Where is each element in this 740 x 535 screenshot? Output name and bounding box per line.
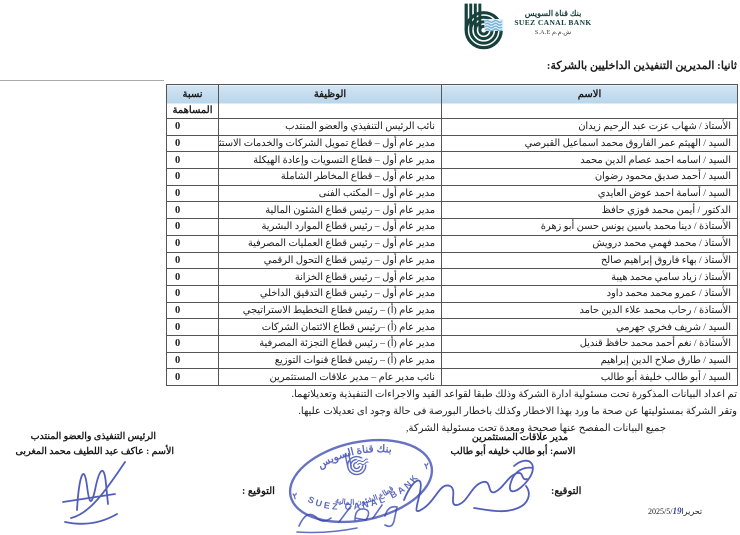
director-name: الأستاذ / شهاب عزت عبد الرحيم زيدان [442, 119, 738, 136]
bank-legal-form: S.A.E ش.م.م [510, 29, 596, 36]
director-role: مدير عام أول – رئيس قطاع الخزانة [219, 269, 442, 286]
director-role: مدير عام (أ) – رئيس قطاع التخطيط الاسترا… [219, 302, 442, 319]
left-signature-ink [55, 448, 155, 530]
table-row: الأستاذة / دينا محمد ياسين يونس حسن أبو … [167, 219, 738, 236]
table-row: الأستاذ / محمد فهمي محمد درويشمدير عام أ… [167, 235, 738, 252]
director-share: 0 [167, 252, 219, 269]
table-row: الأستاذة / نغم أحمد محمد حافظ قنديلمدير … [167, 335, 738, 352]
bank-name-english: SUEZ CANAL BANK [510, 19, 596, 27]
left-signer-title: الرئيس التنفيذى والعضو المنتدب [48, 431, 156, 442]
director-role: مدير عام أول – قطاع المخاطر الشاملة [219, 169, 442, 186]
director-role: مدير عام أول – المكتب الفنى [219, 185, 442, 202]
table-row: السيد / أسامة احمد عوض العايديمدير عام أ… [167, 185, 738, 202]
scan-artifact-line [0, 80, 164, 81]
director-share: 0 [167, 185, 219, 202]
note-line-1: تم اعداد البيانات المذكورة تحت مسئولية ا… [292, 389, 738, 400]
note-line-2: وتقر الشركة بمسئوليتها عن صحة ما ورد بهذ… [298, 406, 737, 417]
table-row: الأستاذ / زياد سامي محمد هيبةمدير عام أو… [167, 269, 738, 286]
director-share: 0 [167, 235, 219, 252]
table-row: السيد / طارق صلاح الدين إبراهيممدير عام … [167, 352, 738, 369]
director-share: 0 [167, 219, 219, 236]
column-header-name: الاسم [442, 85, 738, 119]
left-signature-label: التوقيع : [242, 486, 275, 497]
table-row: السيد / الهيثم عمر الفاروق محمد اسماعيل … [167, 135, 738, 152]
stamp-handwriting-ink [293, 494, 433, 535]
director-name: الأستاذ / بهاء فاروق إبراهيم صالح [442, 252, 738, 269]
table-header-row: الاسم الوظيفة نسبة المساهمة [167, 85, 738, 119]
director-role: مدير عام (أ) – رئيس قطاع قنوات التوزيع [219, 352, 442, 369]
director-role: مدير عام (أ) – رئيس قطاع التجزئة المصرفي… [219, 335, 442, 352]
director-role: مدير عام أول – قطاع التسويات وإعادة الهي… [219, 152, 442, 169]
issue-date-word: تحريرا [681, 507, 702, 516]
director-share: 0 [167, 285, 219, 302]
director-name: الأستاذ / زياد سامي محمد هيبة [442, 269, 738, 286]
director-role: مدير عام أول – رئيس قطاع التحول الرقمي [219, 252, 442, 269]
column-header-share: نسبة المساهمة [167, 85, 219, 119]
table-row: الأستاذ / عمرو محمد محمد داودمدير عام أو… [167, 285, 738, 302]
director-name: السيد / طارق صلاح الدين إبراهيم [442, 352, 738, 369]
director-name: السيد / اسامه احمد عصام الدين محمد [442, 152, 738, 169]
director-share: 0 [167, 202, 219, 219]
director-share: 0 [167, 169, 219, 186]
director-share: 0 [167, 335, 219, 352]
director-role: نائب مدير عام – مدير علاقات المستثمرين [219, 369, 442, 386]
bank-logo-icon [462, 2, 504, 50]
director-share: 0 [167, 302, 219, 319]
directors-table: الاسم الوظيفة نسبة المساهمة الأستاذ / شه… [166, 84, 738, 386]
document-page: بنك قناة السويس SUEZ CANAL BANK S.A.E ش.… [0, 0, 740, 535]
director-name: السيد / أبو طالب خليفة أبو طالب [442, 369, 738, 386]
director-name: الأستاذة / رحاب محمد علاء الدين حامد [442, 302, 738, 319]
issue-date: 2025/5/19تحريرا [648, 506, 718, 516]
director-share: 0 [167, 369, 219, 386]
director-name: الأستاذ / محمد فهمي محمد درويش [442, 235, 738, 252]
right-signer-title: مدير علاقات المستثمرين [462, 432, 578, 443]
director-name: الأستاذة / دينا محمد ياسين يونس حسن أبو … [442, 219, 738, 236]
director-name: السيد / الهيثم عمر الفاروق محمد اسماعيل … [442, 135, 738, 152]
table-row: الدكتور / أيمن محمد فوزي حافظمدير عام أو… [167, 202, 738, 219]
table-row: الأستاذ / بهاء فاروق إبراهيم صالحمدير عا… [167, 252, 738, 269]
director-share: 0 [167, 152, 219, 169]
table-row: السيد / شريف فخري جهرميمدير عام (أ) –رئي… [167, 319, 738, 336]
director-role: مدير عام أول – رئيس قطاع العمليات المصرف… [219, 235, 442, 252]
director-name: السيد / أحمد صديق محمود رضوان [442, 169, 738, 186]
director-name: السيد / شريف فخري جهرمي [442, 319, 738, 336]
director-role: نائب الرئيس التنفيذي والعضو المنتدب [219, 119, 442, 136]
table-row: الأستاذ / شهاب عزت عبد الرحيم زيداننائب … [167, 119, 738, 136]
director-name: الأستاذة / نغم أحمد محمد حافظ قنديل [442, 335, 738, 352]
director-role: مدير عام أول – قطاع تمويل الشركات والخدم… [219, 135, 442, 152]
director-share: 0 [167, 352, 219, 369]
director-name: السيد / أسامة احمد عوض العايدي [442, 185, 738, 202]
director-role: مدير عام أول – رئيس قطاع الموارد البشرية [219, 219, 442, 236]
column-header-role: الوظيفة [219, 85, 442, 119]
table-row: السيد / أحمد صديق محمود رضوانمدير عام أو… [167, 169, 738, 186]
table-row: السيد / أبو طالب خليفة أبو طالبنائب مدير… [167, 369, 738, 386]
table-row: الأستاذة / رحاب محمد علاء الدين حامدمدير… [167, 302, 738, 319]
bank-logo: بنك قناة السويس SUEZ CANAL BANK S.A.E ش.… [462, 2, 612, 54]
director-role: مدير عام أول – رئيس قطاع التدقيق الداخلي [219, 285, 442, 302]
section-title: ثانيا: المديرين التنفيذين الداخليين بالش… [337, 59, 737, 72]
director-share: 0 [167, 119, 219, 136]
director-share: 0 [167, 319, 219, 336]
director-role: مدير عام (أ) –رئيس قطاع الائتمان الشركات [219, 319, 442, 336]
directors-table-body: الأستاذ / شهاب عزت عبد الرحيم زيداننائب … [167, 119, 738, 386]
director-name: الدكتور / أيمن محمد فوزي حافظ [442, 202, 738, 219]
director-share: 0 [167, 135, 219, 152]
director-name: الأستاذ / عمرو محمد محمد داود [442, 285, 738, 302]
issue-date-printed: 2025/5/ [648, 507, 672, 516]
director-role: مدير عام أول – رئيس قطاع الشئون المالية [219, 202, 442, 219]
director-share: 0 [167, 269, 219, 286]
table-row: السيد / اسامه احمد عصام الدين محمدمدير ع… [167, 152, 738, 169]
